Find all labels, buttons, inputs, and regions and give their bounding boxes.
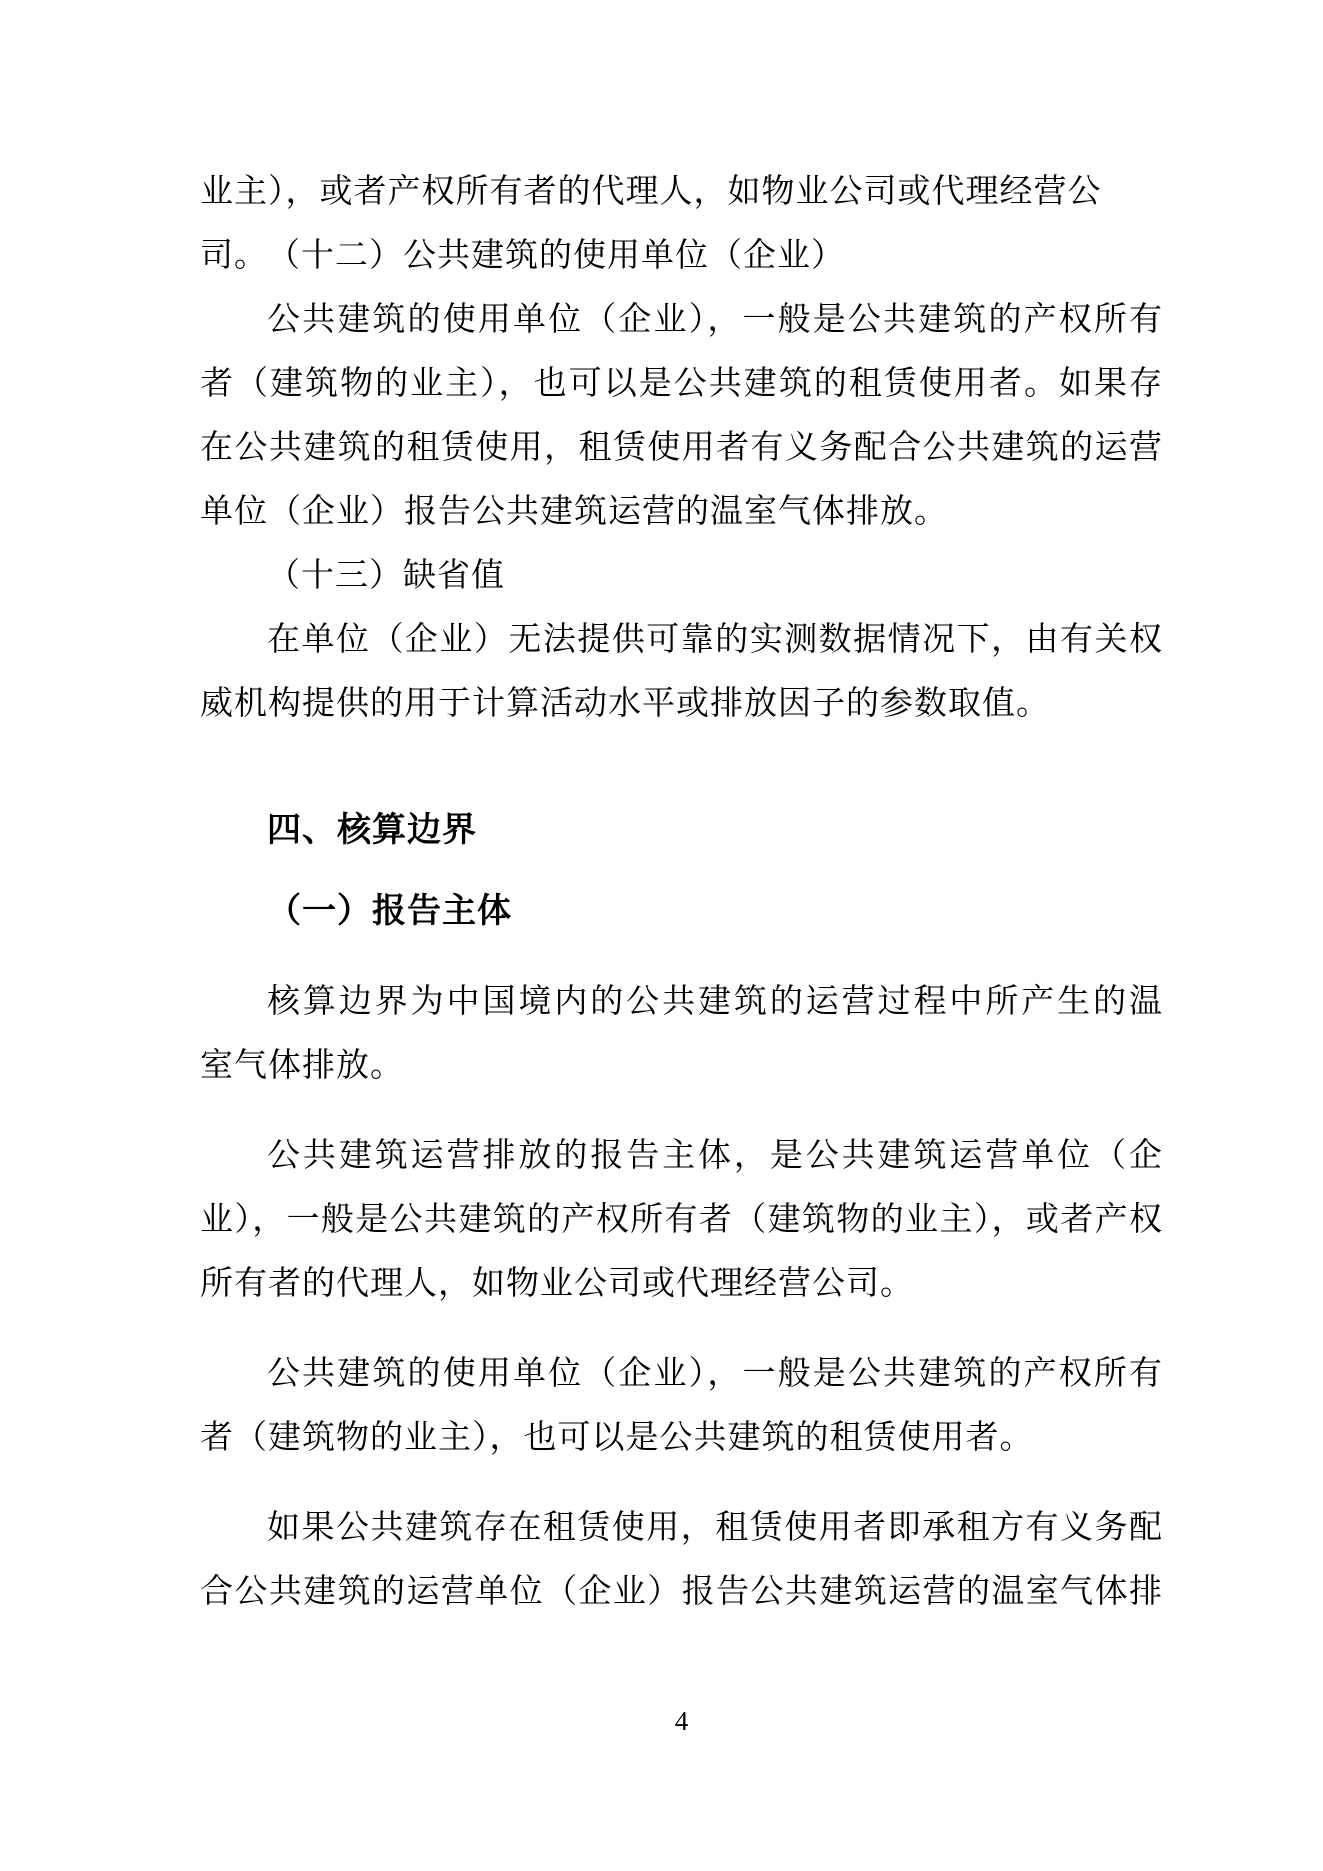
section-heading-4: 四、核算边界 xyxy=(200,798,1163,862)
text-line: 业），一般是公共建筑的产权所有者（建筑物的业主），或者产权 xyxy=(200,1188,1163,1252)
text-line: 在公共建筑的租赁使用，租赁使用者有义务配合公共建筑的运营 xyxy=(200,416,1163,480)
text-line: 公共建筑的使用单位（企业），一般是公共建筑的产权所有 xyxy=(200,288,1163,352)
text-line: 者（建筑物的业主），也可以是公共建筑的租赁使用者。如果存 xyxy=(200,352,1163,416)
text-line: （一）报告主体 xyxy=(200,880,1163,944)
text-line: （十二）公共建筑的使用单位（企业） xyxy=(200,224,1163,288)
text-line: 威机构提供的用于计算活动水平或排放因子的参数取值。 xyxy=(200,672,1163,736)
text-line: 核算边界为中国境内的公共建筑的运营过程中所产生的温 xyxy=(200,970,1163,1034)
boundary-paragraph: 核算边界为中国境内的公共建筑的运营过程中所产生的温室气体排放。 xyxy=(200,970,1163,1098)
definition-13-paragraph: 在单位（企业）无法提供可靠的实测数据情况下，由有关权威机构提供的用于计算活动水平… xyxy=(200,608,1163,736)
building-user-paragraph: 公共建筑的使用单位（企业），一般是公共建筑的产权所有者（建筑物的业主），也可以是… xyxy=(200,1342,1163,1470)
text-line: 业主），或者产权所有者的代理人，如物业公司或代理经营公司。 xyxy=(200,160,1163,224)
page-number: 4 xyxy=(200,1706,1163,1737)
text-line: 室气体排放。 xyxy=(200,1034,1163,1098)
paragraph-continuation: 业主），或者产权所有者的代理人，如物业公司或代理经营公司。 xyxy=(200,160,1163,224)
text-line: 合公共建筑的运营单位（企业）报告公共建筑运营的温室气体排 xyxy=(200,1560,1163,1624)
text-line: 者（建筑物的业主），也可以是公共建筑的租赁使用者。 xyxy=(200,1406,1163,1470)
reporting-entity-paragraph: 公共建筑运营排放的报告主体，是公共建筑运营单位（企业），一般是公共建筑的产权所有… xyxy=(200,1124,1163,1316)
text-line: 在单位（企业）无法提供可靠的实测数据情况下，由有关权 xyxy=(200,608,1163,672)
text-line: 公共建筑的使用单位（企业），一般是公共建筑的产权所有 xyxy=(200,1342,1163,1406)
text-line: 四、核算边界 xyxy=(200,798,1163,862)
text-line: 公共建筑运营排放的报告主体，是公共建筑运营单位（企 xyxy=(200,1124,1163,1188)
text-line: 所有者的代理人，如物业公司或代理经营公司。 xyxy=(200,1252,1163,1316)
text-line: （十三）缺省值 xyxy=(200,544,1163,608)
definition-12-paragraph: 公共建筑的使用单位（企业），一般是公共建筑的产权所有者（建筑物的业主），也可以是… xyxy=(200,288,1163,544)
definition-heading-12: （十二）公共建筑的使用单位（企业） xyxy=(200,224,1163,288)
definition-heading-13: （十三）缺省值 xyxy=(200,544,1163,608)
lease-obligation-paragraph: 如果公共建筑存在租赁使用，租赁使用者即承租方有义务配合公共建筑的运营单位（企业）… xyxy=(200,1496,1163,1624)
text-line: 如果公共建筑存在租赁使用，租赁使用者即承租方有义务配 xyxy=(200,1496,1163,1560)
document-page: 业主），或者产权所有者的代理人，如物业公司或代理经营公司。（十二）公共建筑的使用… xyxy=(0,0,1323,1871)
document-body: 业主），或者产权所有者的代理人，如物业公司或代理经营公司。（十二）公共建筑的使用… xyxy=(200,160,1163,1624)
text-line: 单位（企业）报告公共建筑运营的温室气体排放。 xyxy=(200,480,1163,544)
subsection-heading-1: （一）报告主体 xyxy=(200,880,1163,944)
